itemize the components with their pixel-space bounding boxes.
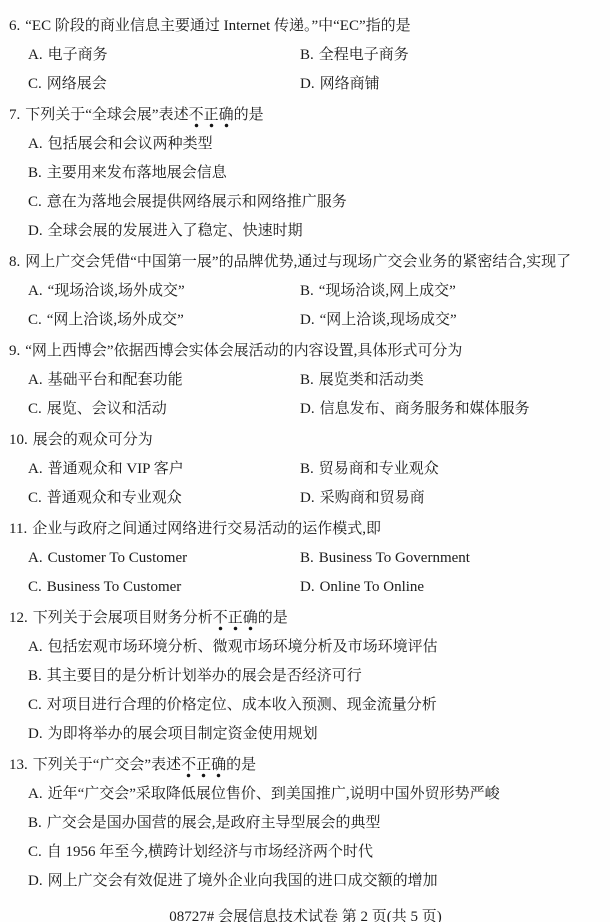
option-text: 意在为落地会展提供网络展示和网络推广服务: [47, 194, 347, 210]
question-stem: 10.展会的观众可分为: [9, 426, 602, 455]
answer-option: D.为即将举办的展会项目制定资金使用规划: [28, 720, 602, 749]
stem-text: “EC 阶段的商业信息主要通过 Internet 传递。”中“EC”指的是: [25, 18, 410, 34]
answer-option: B.展览类和活动类: [300, 366, 602, 395]
answer-option: B.Business To Government: [300, 544, 602, 573]
question-block: 8.网上广交会凭借“中国第一展”的品牌优势,通过与现场广交会业务的紧密结合,实现…: [9, 248, 602, 335]
option-label: A.: [28, 550, 43, 566]
question-stem: 12.下列关于会展项目财务分析不正确的是: [9, 604, 602, 633]
answer-option: D.全球会展的发展进入了稳定、快速时期: [28, 217, 602, 246]
question-stem: 9.“网上西博会”依据西博会实体会展活动的内容设置,具体形式可分为: [9, 337, 602, 366]
options-group: A.包括展会和会议两种类型 B.主要用来发布落地展会信息 C.意在为落地会展提供…: [28, 130, 602, 246]
option-label: B.: [300, 283, 314, 299]
answer-option: B.主要用来发布落地展会信息: [28, 159, 602, 188]
option-text: 电子商务: [48, 47, 108, 63]
answer-option: C.意在为落地会展提供网络展示和网络推广服务: [28, 188, 602, 217]
option-label: D.: [300, 579, 315, 595]
answer-option: B.贸易商和专业观众: [300, 455, 602, 484]
option-label: D.: [28, 873, 43, 889]
option-text: 基础平台和配套功能: [48, 372, 183, 388]
option-text: 为即将举办的展会项目制定资金使用规划: [48, 726, 318, 742]
stem-text: 下列关于“广交会”表述: [33, 757, 181, 773]
option-text: “网上洽谈,场外成交”: [47, 312, 184, 328]
option-text: 广交会是国办国营的展会,是政府主导型展会的典型: [47, 815, 381, 831]
option-label: B.: [300, 47, 314, 63]
question-stem: 8.网上广交会凭借“中国第一展”的品牌优势,通过与现场广交会业务的紧密结合,实现…: [9, 248, 602, 277]
question-number: 6.: [9, 18, 20, 34]
option-text: 全程电子商务: [319, 47, 409, 63]
answer-option: C.展览、会议和活动: [28, 395, 300, 424]
option-text: 全球会展的发展进入了稳定、快速时期: [48, 223, 303, 239]
stem-text: 网上广交会凭借“中国第一展”的品牌优势,通过与现场广交会业务的紧密结合,实现了: [25, 254, 571, 270]
options-group: A.普通观众和 VIP 客户 B.贸易商和专业观众 C.普通观众和专业观众 D.…: [28, 455, 602, 513]
option-label: A.: [28, 283, 43, 299]
answer-option: A.“现场洽谈,场外成交”: [28, 277, 300, 306]
option-text: Business To Customer: [47, 579, 182, 595]
answer-option: C.自 1956 年至今,横跨计划经济与市场经济两个时代: [28, 838, 602, 867]
option-label: B.: [28, 668, 42, 684]
option-label: A.: [28, 461, 43, 477]
stem-text-after: 的是: [226, 757, 256, 773]
answer-option: A.包括展会和会议两种类型: [28, 130, 602, 159]
stem-text-after: 的是: [258, 610, 288, 626]
options-group: A.电子商务 B.全程电子商务 C.网络展会 D.网络商铺: [28, 41, 602, 99]
option-label: D.: [300, 401, 315, 417]
option-text: 展览类和活动类: [319, 372, 424, 388]
option-label: A.: [28, 639, 43, 655]
answer-option: A.基础平台和配套功能: [28, 366, 300, 395]
option-label: C.: [28, 697, 42, 713]
question-stem: 13.下列关于“广交会”表述不正确的是: [9, 751, 602, 780]
option-text: Customer To Customer: [48, 550, 188, 566]
option-text: “网上洽谈,现场成交”: [320, 312, 457, 328]
stem-text: 下列关于“全球会展”表述: [25, 107, 188, 123]
exam-paper-page: 6.“EC 阶段的商业信息主要通过 Internet 传递。”中“EC”指的是 …: [0, 0, 610, 922]
options-group: A.近年“广交会”采取降低展位售价、到美国推广,说明中国外贸形势严峻 B.广交会…: [28, 780, 602, 896]
options-group: A.基础平台和配套功能 B.展览类和活动类 C.展览、会议和活动 D.信息发布、…: [28, 366, 602, 424]
option-text: 自 1956 年至今,横跨计划经济与市场经济两个时代: [47, 844, 373, 860]
answer-option: C.网络展会: [28, 70, 300, 99]
option-label: C.: [28, 76, 42, 92]
answer-option: C.对项目进行合理的价格定位、成本收入预测、现金流量分析: [28, 691, 602, 720]
option-text: 信息发布、商务服务和媒体服务: [320, 401, 530, 417]
option-label: C.: [28, 490, 42, 506]
stem-emphasized-text: 不正确: [189, 107, 234, 128]
stem-emphasized-text: 不正确: [213, 610, 258, 631]
option-label: A.: [28, 136, 43, 152]
question-number: 10.: [9, 432, 28, 448]
answer-option: A.近年“广交会”采取降低展位售价、到美国推广,说明中国外贸形势严峻: [28, 780, 602, 809]
option-text: “现场洽谈,场外成交”: [48, 283, 185, 299]
option-label: B.: [300, 461, 314, 477]
stem-emphasized-text: 不正确: [181, 757, 226, 778]
options-group: A.包括宏观市场环境分析、微观市场环境分析及市场环境评估 B.其主要目的是分析计…: [28, 633, 602, 749]
option-label: C.: [28, 401, 42, 417]
option-label: A.: [28, 372, 43, 388]
answer-option: D.网上广交会有效促进了境外企业向我国的进口成交额的增加: [28, 867, 602, 896]
answer-option: B.广交会是国办国营的展会,是政府主导型展会的典型: [28, 809, 602, 838]
option-text: 包括展会和会议两种类型: [48, 136, 213, 152]
option-text: 近年“广交会”采取降低展位售价、到美国推广,说明中国外贸形势严峻: [48, 786, 500, 802]
answer-option: C.普通观众和专业观众: [28, 484, 300, 513]
question-stem: 6.“EC 阶段的商业信息主要通过 Internet 传递。”中“EC”指的是: [9, 12, 602, 41]
option-label: C.: [28, 312, 42, 328]
option-text: 网络商铺: [320, 76, 380, 92]
answer-option: D.网络商铺: [300, 70, 602, 99]
question-number: 13.: [9, 757, 28, 773]
question-number: 11.: [9, 521, 27, 537]
answer-option: A.Customer To Customer: [28, 544, 300, 573]
question-number: 7.: [9, 107, 20, 123]
option-text: 展览、会议和活动: [47, 401, 167, 417]
answer-option: A.普通观众和 VIP 客户: [28, 455, 300, 484]
option-label: D.: [300, 312, 315, 328]
option-label: B.: [28, 165, 42, 181]
answer-option: C.“网上洽谈,场外成交”: [28, 306, 300, 335]
stem-text: 展会的观众可分为: [33, 432, 153, 448]
question-block: 13.下列关于“广交会”表述不正确的是 A.近年“广交会”采取降低展位售价、到美…: [9, 751, 602, 896]
option-text: 普通观众和 VIP 客户: [48, 461, 184, 477]
option-label: B.: [300, 550, 314, 566]
option-label: B.: [28, 815, 42, 831]
question-block: 7.下列关于“全球会展”表述不正确的是 A.包括展会和会议两种类型 B.主要用来…: [9, 101, 602, 246]
option-label: D.: [300, 490, 315, 506]
answer-option: D.Online To Online: [300, 573, 602, 602]
options-group: A.Customer To Customer B.Business To Gov…: [28, 544, 602, 602]
question-number: 8.: [9, 254, 20, 270]
answer-option: D.信息发布、商务服务和媒体服务: [300, 395, 602, 424]
option-label: C.: [28, 194, 42, 210]
answer-option: D.采购商和贸易商: [300, 484, 602, 513]
option-label: D.: [300, 76, 315, 92]
stem-text-after: 的是: [234, 107, 264, 123]
question-block: 9.“网上西博会”依据西博会实体会展活动的内容设置,具体形式可分为 A.基础平台…: [9, 337, 602, 424]
answer-option: A.电子商务: [28, 41, 300, 70]
answer-option: B.全程电子商务: [300, 41, 602, 70]
option-text: 采购商和贸易商: [320, 490, 425, 506]
question-stem: 7.下列关于“全球会展”表述不正确的是: [9, 101, 602, 130]
answer-option: D.“网上洽谈,现场成交”: [300, 306, 602, 335]
option-label: C.: [28, 844, 42, 860]
option-label: B.: [300, 372, 314, 388]
question-number: 12.: [9, 610, 28, 626]
answer-option: B.其主要目的是分析计划举办的展会是否经济可行: [28, 662, 602, 691]
question-stem: 11.企业与政府之间通过网络进行交易活动的运作模式,即: [9, 515, 602, 544]
option-text: 网络展会: [47, 76, 107, 92]
question-number: 9.: [9, 343, 20, 359]
question-block: 11.企业与政府之间通过网络进行交易活动的运作模式,即 A.Customer T…: [9, 515, 602, 602]
question-block: 10.展会的观众可分为 A.普通观众和 VIP 客户 B.贸易商和专业观众 C.…: [9, 426, 602, 513]
stem-text: 企业与政府之间通过网络进行交易活动的运作模式,即: [32, 521, 381, 537]
question-block: 6.“EC 阶段的商业信息主要通过 Internet 传递。”中“EC”指的是 …: [9, 12, 602, 99]
question-list: 6.“EC 阶段的商业信息主要通过 Internet 传递。”中“EC”指的是 …: [9, 12, 602, 896]
option-label: C.: [28, 579, 42, 595]
option-text: 网上广交会有效促进了境外企业向我国的进口成交额的增加: [48, 873, 438, 889]
option-label: A.: [28, 47, 43, 63]
option-text: 普通观众和专业观众: [47, 490, 182, 506]
options-group: A.“现场洽谈,场外成交” B.“现场洽谈,网上成交” C.“网上洽谈,场外成交…: [28, 277, 602, 335]
question-block: 12.下列关于会展项目财务分析不正确的是 A.包括宏观市场环境分析、微观市场环境…: [9, 604, 602, 749]
stem-text: 下列关于会展项目财务分析: [33, 610, 213, 626]
option-text: “现场洽谈,网上成交”: [319, 283, 456, 299]
option-text: 主要用来发布落地展会信息: [47, 165, 227, 181]
option-text: 对项目进行合理的价格定位、成本收入预测、现金流量分析: [47, 697, 437, 713]
option-label: D.: [28, 223, 43, 239]
option-text: Online To Online: [320, 579, 425, 595]
option-label: D.: [28, 726, 43, 742]
option-text: 贸易商和专业观众: [319, 461, 439, 477]
page-footer: 08727# 会展信息技术试卷 第 2 页(共 5 页): [9, 904, 602, 922]
option-text: Business To Government: [319, 550, 470, 566]
stem-text: “网上西博会”依据西博会实体会展活动的内容设置,具体形式可分为: [25, 343, 462, 359]
option-text: 包括宏观市场环境分析、微观市场环境分析及市场环境评估: [48, 639, 438, 655]
answer-option: C.Business To Customer: [28, 573, 300, 602]
answer-option: B.“现场洽谈,网上成交”: [300, 277, 602, 306]
option-text: 其主要目的是分析计划举办的展会是否经济可行: [47, 668, 362, 684]
option-label: A.: [28, 786, 43, 802]
answer-option: A.包括宏观市场环境分析、微观市场环境分析及市场环境评估: [28, 633, 602, 662]
